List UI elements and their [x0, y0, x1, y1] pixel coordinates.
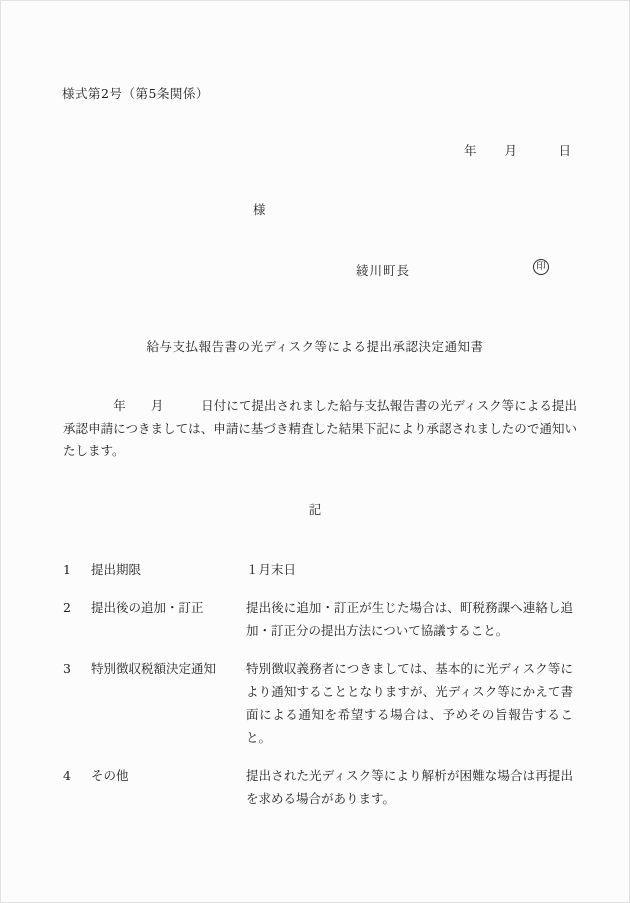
item-value: 提出された光ディスク等により解析が困難な場合は再提出を求める場合があります。: [246, 764, 573, 810]
item-number: 4: [63, 764, 91, 810]
sender-row: 綾川町長 印: [356, 261, 572, 279]
list-item-1: 1 提出期限 １月末日: [63, 558, 573, 581]
date-line: 年 月 日: [464, 141, 572, 159]
item-value: 提出後に追加・訂正が生じた場合は、町税務課へ連絡し追加・訂正分の提出方法について…: [246, 596, 573, 642]
list-item-3: 3 特別徴収税額決定通知 特別徴収義務者につきましては、基本的に光ディスク等によ…: [63, 657, 573, 749]
item-value: 特別徴収義務者につきましては、基本的に光ディスク等により通知することとなりますが…: [246, 657, 573, 749]
addressee-suffix: 様: [253, 200, 266, 218]
item-label: 特別徴収税額決定通知: [91, 657, 246, 749]
list-item-4: 4 その他 提出された光ディスク等により解析が困難な場合は再提出を求める場合があ…: [63, 764, 573, 810]
seal-icon: 印: [533, 259, 549, 275]
item-label: その他: [91, 764, 246, 810]
item-label: 提出期限: [91, 558, 246, 581]
item-number: 2: [63, 596, 91, 642]
list-item-2: 2 提出後の追加・訂正 提出後に追加・訂正が生じた場合は、町税務課へ連絡し追加・…: [63, 596, 573, 642]
item-value: １月末日: [246, 558, 573, 581]
body-paragraph: 年 月 日付にて提出されました給与支払報告書の光ディスク等による提出承認申請につ…: [63, 395, 577, 463]
notice-list: 1 提出期限 １月末日 2 提出後の追加・訂正 提出後に追加・訂正が生じた場合は…: [63, 558, 573, 825]
sender-title: 綾川町長: [356, 261, 410, 279]
document-title: 給与支払報告書の光ディスク等による提出承認決定通知書: [1, 337, 629, 355]
ki-heading: 記: [1, 500, 629, 518]
item-number: 3: [63, 657, 91, 749]
item-label: 提出後の追加・訂正: [91, 596, 246, 642]
document-page: 様式第2号（第5条関係） 年 月 日 様 綾川町長 印 給与支払報告書の光ディス…: [0, 0, 630, 903]
item-number: 1: [63, 558, 91, 581]
form-number-label: 様式第2号（第5条関係）: [62, 84, 209, 102]
